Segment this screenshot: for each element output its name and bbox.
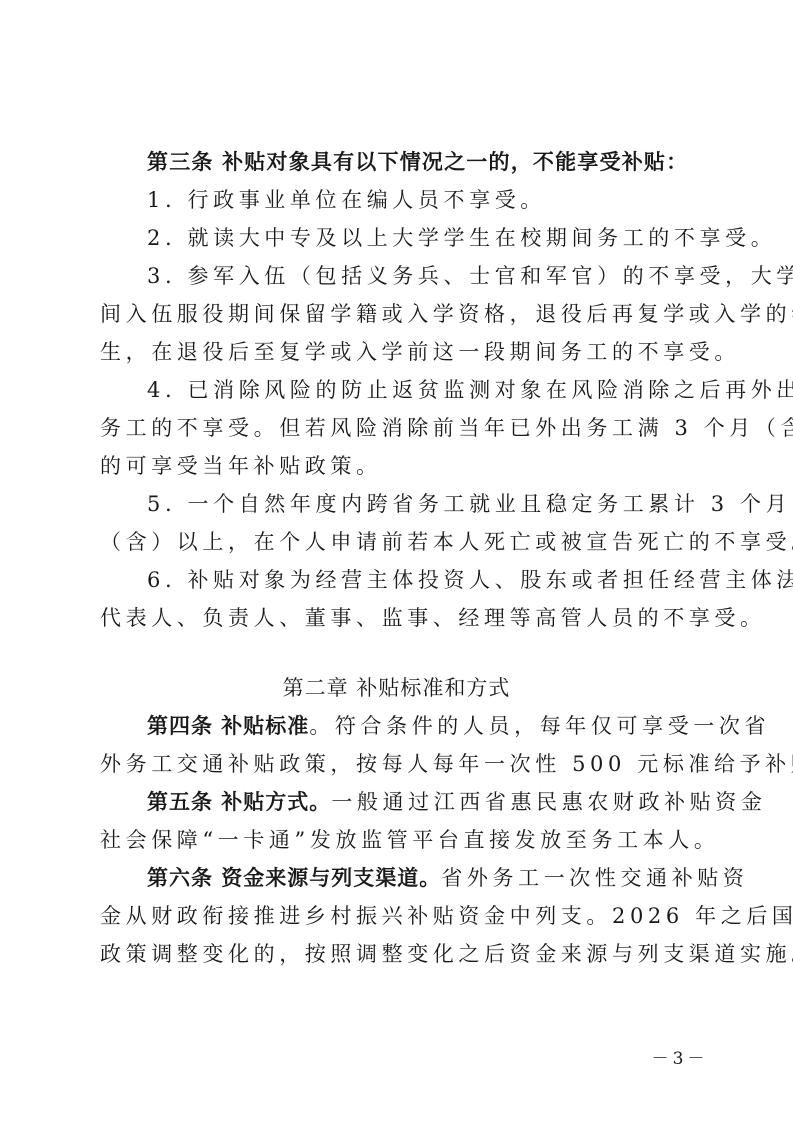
chapter-2-title: 第二章 补贴标准和方式 [0, 669, 793, 707]
article-3-item-6-line-1: 6. 补贴对象为经营主体投资人、股东或者担任经营主体法定 [147, 561, 697, 599]
article-3-item-4-line-3: 的可享受当年补贴政策。 [100, 447, 697, 485]
article-6-line-3: 政策调整变化的，按照调整变化之后资金来源与列支渠道实施。 [100, 935, 697, 973]
article-3-item-1: 1. 行政事业单位在编人员不享受。 [147, 181, 697, 219]
article-5-line-1: 第五条 补贴方式。一般通过江西省惠民惠农财政补贴资金 [147, 783, 697, 821]
article-4-label: 第四条 补贴标准 [147, 714, 309, 738]
article-3-item-3-line-1: 3. 参军入伍（包括义务兵、士官和军官）的不享受，大学期 [147, 257, 697, 295]
article-3-item-5-line-2: （含）以上，在个人申请前若本人死亡或被宣告死亡的不享受。 [100, 523, 697, 561]
article-3-heading: 第三条 补贴对象具有以下情况之一的，不能享受补贴： [147, 143, 697, 181]
document-page: 第三条 补贴对象具有以下情况之一的，不能享受补贴： 1. 行政事业单位在编人员不… [0, 0, 793, 1122]
article-6-line-2: 金从财政衔接推进乡村振兴补贴资金中列支。2026 年之后国家 [100, 897, 697, 935]
article-6-label: 第六条 资金来源与列支渠道。 [147, 866, 441, 890]
article-3-item-4-line-1: 4. 已消除风险的防止返贫监测对象在风险消除之后再外出 [147, 371, 697, 409]
article-5-line-2: 社会保障“一卡通”发放监管平台直接发放至务工本人。 [100, 821, 697, 859]
page-number: －3－ [630, 1044, 730, 1069]
article-3-item-2: 2. 就读大中专及以上大学学生在校期间务工的不享受。 [147, 219, 697, 257]
article-6-text: 省外务工一次性交通补贴资 [441, 866, 748, 890]
article-4-line-2: 外务工交通补贴政策，按每人每年一次性 500 元标准给予补贴。 [100, 745, 697, 783]
article-5-label: 第五条 补贴方式。 [147, 790, 331, 814]
article-3-item-5-line-1: 5. 一个自然年度内跨省务工就业且稳定务工累计 3 个月 [147, 485, 697, 523]
article-3-item-3-line-3: 生，在退役后至复学或入学前这一段期间务工的不享受。 [100, 333, 697, 371]
article-3-item-6-line-2: 代表人、负责人、董事、监事、经理等高管人员的不享受。 [100, 599, 697, 637]
article-4-text: 。符合条件的人员，每年仅可享受一次省 [309, 714, 770, 738]
article-6-line-1: 第六条 资金来源与列支渠道。省外务工一次性交通补贴资 [147, 859, 697, 897]
article-5-text: 一般通过江西省惠民惠农财政补贴资金 [331, 790, 766, 814]
article-3-item-4-line-2: 务工的不享受。但若风险消除前当年已外出务工满 3 个月（含） [100, 409, 697, 447]
article-3-item-3-line-2: 间入伍服役期间保留学籍或入学资格，退役后再复学或入学的学 [100, 295, 697, 333]
article-4-line-1: 第四条 补贴标准。符合条件的人员，每年仅可享受一次省 [147, 707, 697, 745]
